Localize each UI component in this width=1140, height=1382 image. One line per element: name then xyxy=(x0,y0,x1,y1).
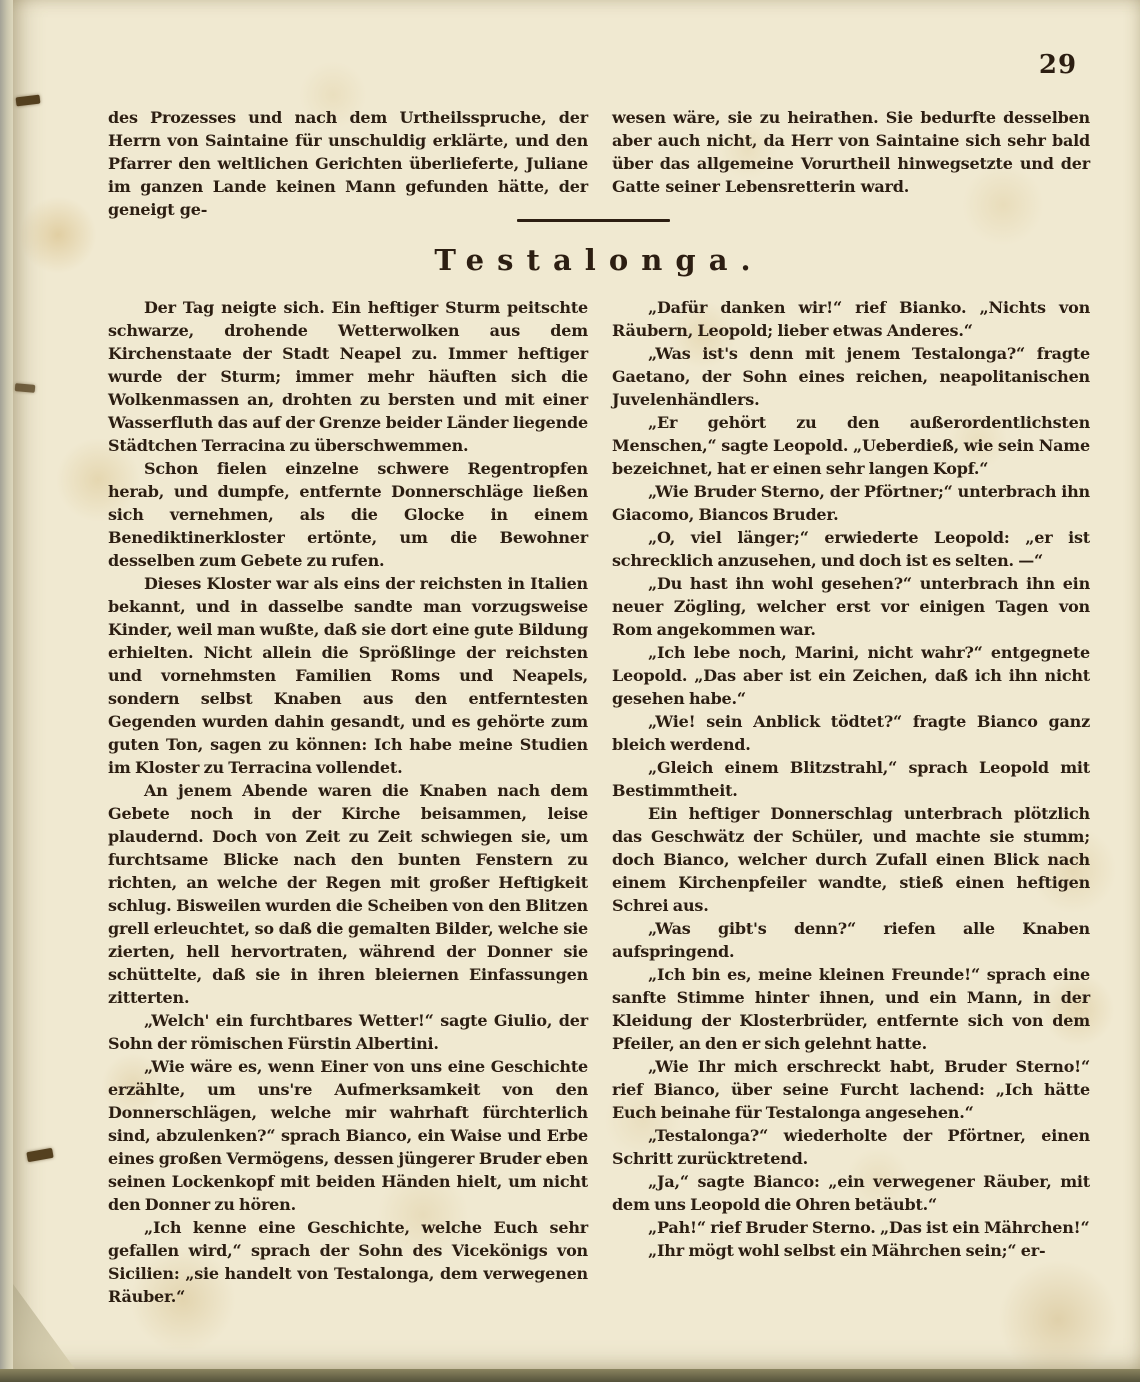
story-paragraph: „Ich lebe noch, Marini, nicht wahr?“ ent… xyxy=(612,641,1090,710)
story-right-column: „Dafür danken wir!“ rief Bianko. „Nichts… xyxy=(612,296,1090,1262)
story-paragraph: „Was ist's denn mit jenem Testalonga?“ f… xyxy=(612,342,1090,411)
previous-story-right-column: wesen wäre, sie zu heirathen. Sie bedurf… xyxy=(612,106,1090,198)
book-bottom-edge xyxy=(0,1369,1140,1382)
story-paragraph: „Du hast ihn wohl gesehen?“ unterbrach i… xyxy=(612,572,1090,641)
story-paragraph: „Wie wäre es, wenn Einer von uns eine Ge… xyxy=(108,1055,588,1216)
section-divider xyxy=(517,219,670,222)
story-paragraph: „Pah!“ rief Bruder Sterno. „Das ist ein … xyxy=(612,1216,1090,1239)
story-paragraph: „Welch' ein furchtbares Wetter!“ sagte G… xyxy=(108,1009,588,1055)
story-paragraph: „Testalonga?“ wiederholte der Pförtner, … xyxy=(612,1124,1090,1170)
story-paragraph: „Wie Bruder Sterno, der Pförtner;“ unter… xyxy=(612,480,1090,526)
story-paragraph: „Er gehört zu den außerordentlichsten Me… xyxy=(612,411,1090,480)
story-paragraph: „Wie Ihr mich erschreckt habt, Bruder St… xyxy=(612,1055,1090,1124)
story-paragraph: „Ich bin es, meine kleinen Freunde!“ spr… xyxy=(612,963,1090,1055)
binding-stitch xyxy=(16,95,41,107)
story-title: Testalonga. xyxy=(108,243,1090,277)
story-left-column: Der Tag neigte sich. Ein heftiger Sturm … xyxy=(108,296,588,1308)
book-page: 29 des Prozesses und nach dem Urtheilssp… xyxy=(13,0,1140,1369)
previous-story-left-column: des Prozesses und nach dem Urtheilsspruc… xyxy=(108,106,588,221)
story-paragraph: „Ihr mögt wohl selbst ein Mährchen sein;… xyxy=(612,1239,1090,1262)
story-paragraph: „O, viel länger;“ erwiederte Leopold: „e… xyxy=(612,526,1090,572)
story-paragraph: Ein heftiger Donnerschlag unterbrach plö… xyxy=(612,802,1090,917)
binding-stitch xyxy=(15,383,36,393)
binding-stitch xyxy=(26,1148,53,1162)
binding-gutter xyxy=(0,0,13,1369)
story-paragraph: „Ja,“ sagte Bianco: „ein verwegener Räub… xyxy=(612,1170,1090,1216)
story-paragraph: Der Tag neigte sich. Ein heftiger Sturm … xyxy=(108,296,588,457)
story-paragraph: „Ich kenne eine Geschichte, welche Euch … xyxy=(108,1216,588,1308)
story-paragraph: „Wie! sein Anblick tödtet?“ fragte Bianc… xyxy=(612,710,1090,756)
story-paragraph: „Gleich einem Blitzstrahl,“ sprach Leopo… xyxy=(612,756,1090,802)
story-paragraph: Schon fielen einzelne schwere Regentropf… xyxy=(108,457,588,572)
story-paragraph: „Dafür danken wir!“ rief Bianko. „Nichts… xyxy=(612,296,1090,342)
story-paragraph: Dieses Kloster war als eins der reichste… xyxy=(108,572,588,779)
page-corner-fold xyxy=(13,1284,75,1369)
story-paragraph: „Was gibt's denn?“ riefen alle Knaben au… xyxy=(612,917,1090,963)
page-number: 29 xyxy=(1018,50,1098,80)
story-paragraph: An jenem Abende waren die Knaben nach de… xyxy=(108,779,588,1009)
